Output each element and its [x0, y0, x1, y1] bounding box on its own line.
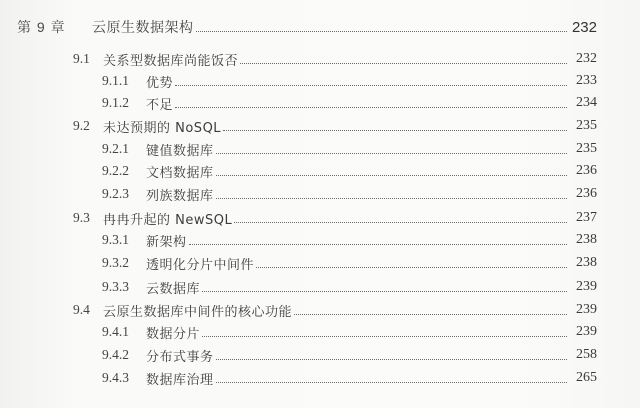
section-title: 数据库治理: [146, 369, 214, 388]
section-title: 优势: [146, 72, 173, 91]
dot-leader: [216, 358, 567, 360]
toc-entry-9-2-1: 9.2.1 键值数据库 235: [0, 139, 640, 159]
section-title: 冉冉升起的 NewSQL: [103, 209, 232, 228]
toc-entry-9-2-2: 9.2.2 文档数据库 236: [0, 161, 640, 181]
dot-leader: [196, 30, 568, 32]
section-title: 云数据库: [146, 278, 200, 297]
chapter-number: 第 9 章: [17, 17, 92, 37]
section-number: 9.2: [73, 118, 103, 134]
toc-entry-9-3: 9.3 冉冉升起的 NewSQL 237: [0, 208, 640, 228]
section-number: 9.4.3: [102, 370, 146, 386]
section-title: 关系型数据库尚能饭否: [103, 50, 238, 69]
dot-leader: [234, 221, 567, 223]
toc-entry-9-1-2: 9.1.2 不足 234: [0, 93, 640, 113]
section-number: 9.1.1: [102, 73, 146, 89]
page-number: 258: [569, 347, 597, 363]
dot-leader: [202, 290, 567, 292]
toc-entry-9-3-1: 9.3.1 新架构 238: [0, 230, 640, 250]
section-number: 9.4: [73, 302, 103, 318]
section-title: 透明化分片中间件: [146, 254, 254, 273]
page-number: 236: [569, 163, 597, 179]
section-title: 不足: [146, 94, 173, 113]
page-number: 239: [569, 302, 597, 318]
section-title: 文档数据库: [146, 162, 214, 181]
dot-leader: [202, 335, 567, 337]
section-title: 数据分片: [146, 323, 200, 342]
toc-entry-9-2: 9.2 未达预期的 NoSQL 235: [0, 116, 640, 136]
toc-page: 第 9 章 云原生数据架构 232 9.1 关系型数据库尚能饭否 232 9.1…: [0, 0, 640, 408]
toc-entry-9-4-1: 9.4.1 数据分片 239: [0, 322, 640, 342]
page-number: 265: [569, 370, 597, 386]
section-title: 未达预期的 NoSQL: [103, 117, 221, 136]
dot-leader: [294, 313, 567, 315]
dot-leader: [256, 266, 567, 268]
page-number: 233: [569, 73, 597, 89]
page-number: 237: [569, 210, 597, 226]
page-number: 238: [569, 255, 597, 271]
section-number: 9.3.3: [102, 279, 146, 295]
page-number: 239: [569, 279, 597, 295]
page-number: 236: [569, 186, 597, 202]
section-number: 9.1: [73, 51, 103, 67]
toc-entry-9-4: 9.4 云原生数据库中间件的核心功能 239: [0, 300, 640, 320]
toc-entry-9-2-3: 9.2.3 列族数据库 236: [0, 184, 640, 204]
toc-entry-9-4-3: 9.4.3 数据库治理 265: [0, 368, 640, 388]
page-number: 239: [569, 324, 597, 340]
section-number: 9.3.2: [102, 255, 146, 271]
page-number: 235: [569, 141, 597, 157]
page-number: 234: [569, 95, 597, 111]
dot-leader: [189, 243, 567, 245]
dot-leader: [216, 152, 567, 154]
toc-entry-9-3-2: 9.3.2 透明化分片中间件 238: [0, 253, 640, 273]
toc-entry-9-4-2: 9.4.2 分布式事务 258: [0, 345, 640, 365]
dot-leader: [175, 84, 567, 86]
dot-leader: [216, 197, 567, 199]
section-number: 9.2.2: [102, 163, 146, 179]
section-number: 9.1.2: [102, 95, 146, 111]
section-number: 9.2.3: [102, 186, 146, 202]
section-title: 分布式事务: [146, 346, 214, 365]
section-title: 新架构: [146, 231, 187, 250]
toc-entry-9-1-1: 9.1.1 优势 233: [0, 71, 640, 91]
chapter-title: 云原生数据架构: [92, 17, 194, 37]
section-number: 9.2.1: [102, 141, 146, 157]
dot-leader: [216, 174, 567, 176]
toc-chapter-row: 第 9 章 云原生数据架构 232: [0, 17, 640, 37]
section-number: 9.3.1: [102, 232, 146, 248]
section-number: 9.4.1: [102, 324, 146, 340]
section-number: 9.3: [73, 210, 103, 226]
page-number: 232: [569, 19, 597, 36]
toc-entry-9-1: 9.1 关系型数据库尚能饭否 232: [0, 49, 640, 69]
section-number: 9.4.2: [102, 347, 146, 363]
page-number: 232: [569, 51, 597, 67]
dot-leader: [216, 381, 567, 383]
dot-leader: [240, 62, 567, 64]
toc-entry-9-3-3: 9.3.3 云数据库 239: [0, 277, 640, 297]
section-title: 键值数据库: [146, 140, 214, 159]
page-number: 235: [569, 118, 597, 134]
dot-leader: [223, 129, 567, 131]
section-title: 云原生数据库中间件的核心功能: [103, 301, 292, 320]
page-number: 238: [569, 232, 597, 248]
dot-leader: [175, 106, 567, 108]
section-title: 列族数据库: [146, 185, 214, 204]
